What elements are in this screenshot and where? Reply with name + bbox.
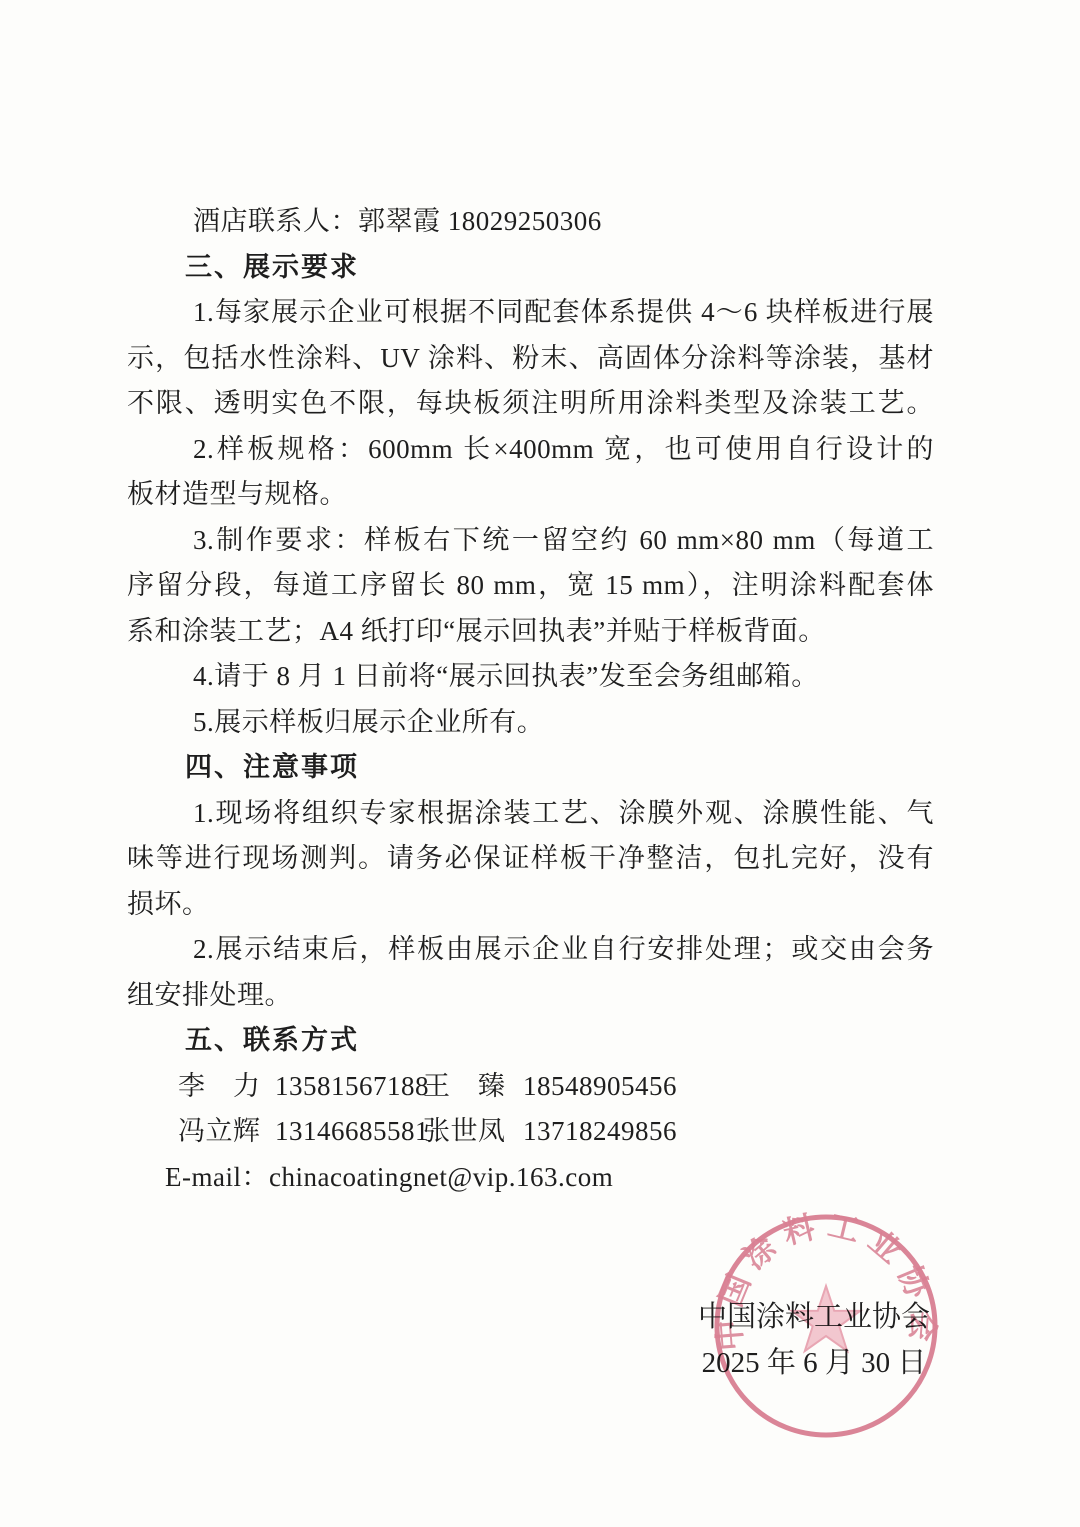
display-req-item1-line1: 1.每家展示企业可根据不同配套体系提供 4～6 块样板进行展: [127, 290, 934, 336]
section-heading-notes: 四、注意事项: [127, 745, 934, 791]
scanned-document-page: 酒店联系人：郭翠霞 18029250306 三、展示要求 1.每家展示企业可根据…: [0, 0, 1080, 1527]
email-address: chinacoatingnet@vip.163.com: [269, 1162, 613, 1192]
email-line: E-mail：chinacoatingnet@vip.163.com: [127, 1155, 934, 1201]
contact-phone: 13718249856: [523, 1109, 677, 1155]
email-label: E-mail：: [165, 1162, 269, 1192]
notes-item1-line1: 1.现场将组织专家根据涂装工艺、涂膜外观、涂膜性能、气: [127, 791, 934, 837]
contact-name: 张世凤: [423, 1109, 523, 1155]
contact-row: 李 力 13581567188 王 臻 18548905456: [127, 1064, 934, 1110]
display-req-item3-line2: 序留分段，每道工序留长 80 mm，宽 15 mm），注明涂料配套体: [127, 563, 934, 609]
display-req-item4-line: 4.请于 8 月 1 日前将“展示回执表”发至会务组邮箱。: [127, 654, 934, 700]
hotel-contact-line: 酒店联系人：郭翠霞 18029250306: [127, 199, 934, 245]
notes-item2-line2: 组安排处理。: [127, 973, 934, 1019]
section-heading-contact-info: 五、联系方式: [127, 1018, 934, 1064]
contact-row: 冯立辉 13146685581 张世凤 13718249856: [127, 1109, 934, 1155]
contact-name: 冯立辉: [178, 1109, 275, 1155]
display-req-item5-line: 5.展示样板归展示企业所有。: [127, 700, 934, 746]
contact-phone: 13146685581: [275, 1109, 423, 1155]
official-seal: 中国涂料工业协会: [711, 1211, 941, 1441]
contact-phone: 18548905456: [523, 1064, 677, 1110]
notes-item1-line3: 损坏。: [127, 882, 934, 928]
display-req-item2-line1: 2.样板规格：600mm 长×400mm 宽，也可使用自行设计的: [127, 427, 934, 473]
contact-name: 李 力: [178, 1064, 275, 1110]
display-req-item1-line2: 示，包括水性涂料、UV 涂料、粉末、高固体分涂料等涂装，基材: [127, 336, 934, 382]
document-body: 酒店联系人：郭翠霞 18029250306 三、展示要求 1.每家展示企业可根据…: [127, 199, 934, 1200]
contact-name: 王 臻: [423, 1064, 523, 1110]
display-req-item2-line2: 板材造型与规格。: [127, 472, 934, 518]
section-heading-display-requirements: 三、展示要求: [127, 245, 934, 291]
display-req-item3-line3: 系和涂装工艺；A4 纸打印“展示回执表”并贴于样板背面。: [127, 609, 934, 655]
seal-star-icon: [792, 1286, 860, 1351]
display-req-item3-line1: 3.制作要求：样板右下统一留空约 60 mm×80 mm（每道工: [127, 518, 934, 564]
display-req-item1-line3: 不限、透明实色不限，每块板须注明所用涂料类型及涂装工艺。: [127, 381, 934, 427]
notes-item2-line1: 2.展示结束后，样板由展示企业自行安排处理；或交由会务: [127, 927, 934, 973]
contact-phone: 13581567188: [275, 1064, 423, 1110]
notes-item1-line2: 味等进行现场测判。请务必保证样板干净整洁，包扎完好，没有: [127, 836, 934, 882]
